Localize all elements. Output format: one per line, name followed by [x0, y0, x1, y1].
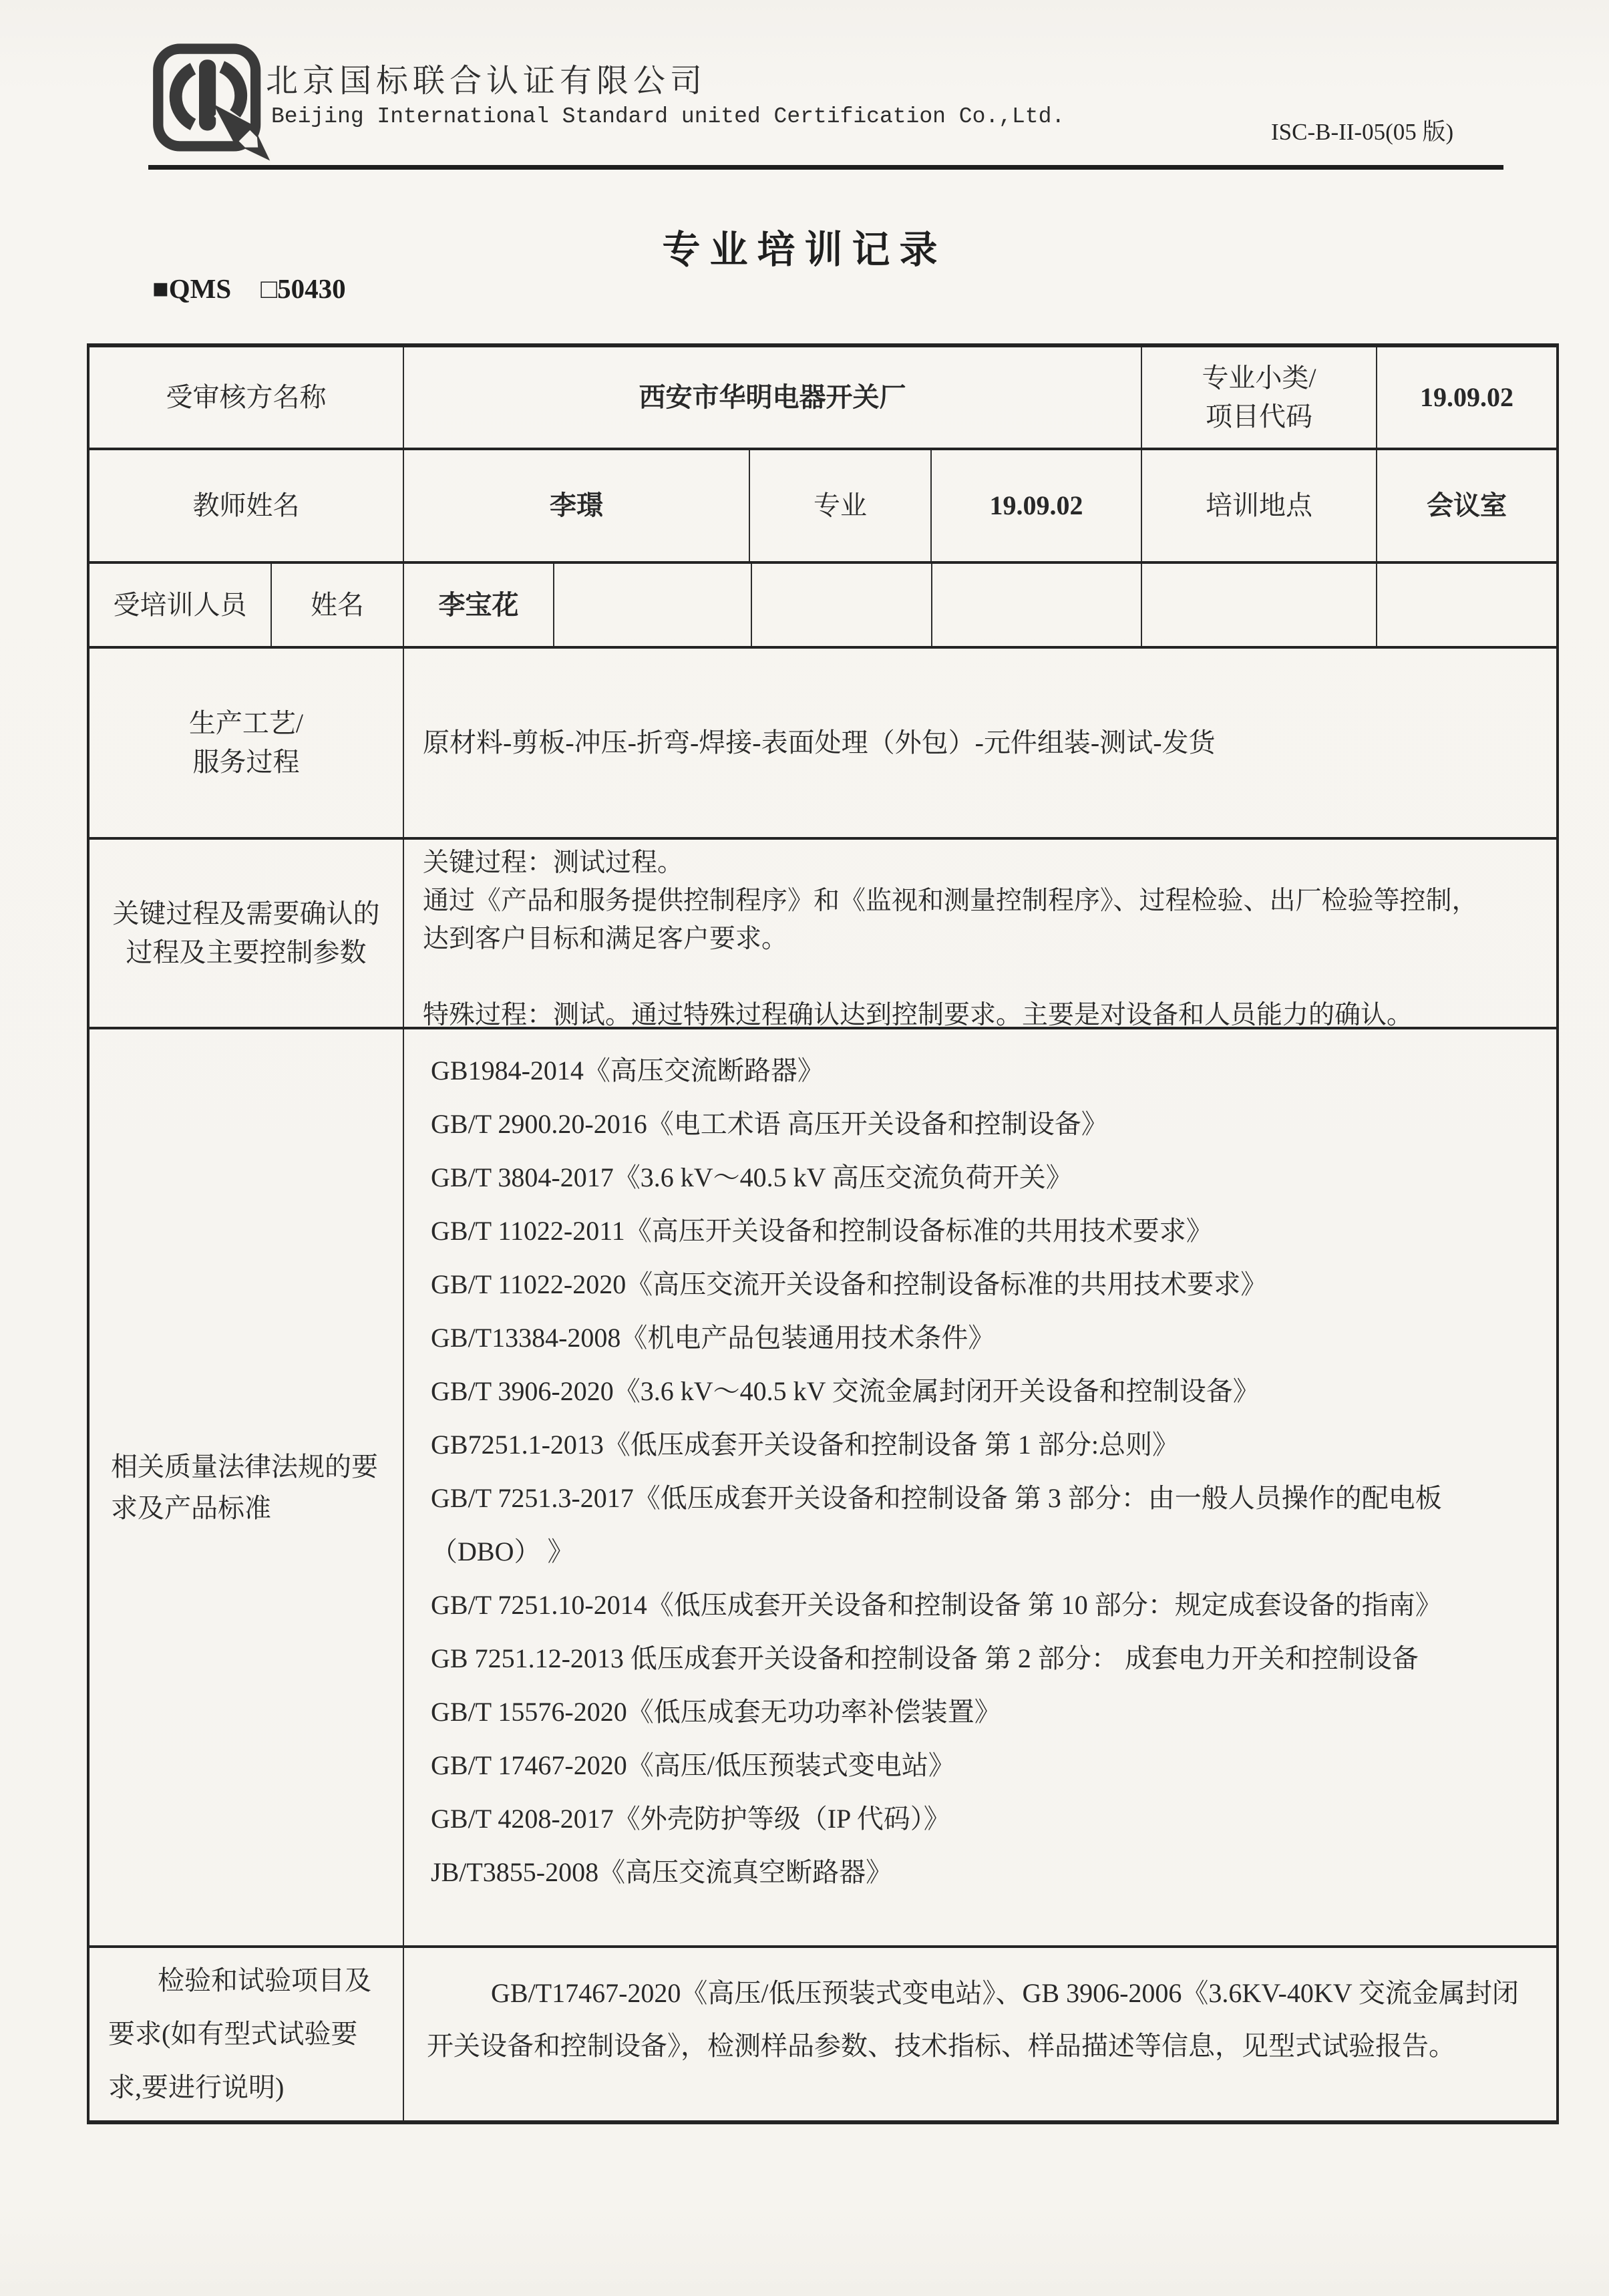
key-process-value: 关键过程：测试过程。 通过《产品和服务提供控制程序》和《监视和测量控制程序》、过… [403, 840, 1556, 1027]
auditee-label: 受审核方名称 [90, 347, 403, 448]
teacher-name: 李璟 [403, 450, 749, 561]
trainee-empty-cell [1141, 564, 1376, 646]
trainee-name-cell: 李宝花 [403, 564, 553, 646]
location-value: 会议室 [1376, 450, 1556, 561]
row-teacher: 教师姓名 李璟 专业 19.09.02 培训地点 会议室 [90, 448, 1556, 561]
location-label: 培训地点 [1141, 450, 1376, 561]
header-divider [148, 165, 1503, 170]
trainee-empty-cell [751, 564, 931, 646]
document-title: 专业培训记录 [0, 219, 1609, 274]
scanned-training-record-page: 北京国标联合认证有限公司 Beijing International Stand… [0, 0, 1609, 2296]
auditee-value: 西安市华明电器开关厂 [403, 347, 1141, 448]
row-inspection: 检验和试验项目及 要求(如有型式试验要 求,要进行说明) GB/T17467-2… [90, 1945, 1556, 2120]
row-key-process: 关键过程及需要确认的 过程及主要控制参数 关键过程：测试过程。 通过《产品和服务… [90, 837, 1556, 1027]
category-label: 专业小类/ 项目代码 [1141, 347, 1376, 448]
standards-list: GB1984-2014《高压交流断路器》 GB/T 2900.20-2016《电… [403, 1029, 1556, 1945]
trainee-empty-cell [931, 564, 1141, 646]
teacher-label: 教师姓名 [90, 450, 403, 561]
training-record-table: 受审核方名称 西安市华明电器开关厂 专业小类/ 项目代码 19.09.02 教师… [87, 343, 1559, 2124]
inspection-value-cell: GB/T17467-2020《高压/低压预装式变电站》、GB 3906-2006… [403, 1948, 1556, 2120]
major-value: 19.09.02 [930, 450, 1141, 561]
trainee-empty-cell [1376, 564, 1556, 646]
inspection-value: GB/T17467-2020《高压/低压预装式变电站》、GB 3906-2006… [404, 1967, 1556, 2072]
category-value: 19.09.02 [1376, 347, 1556, 448]
standards-label: 相关质量法律法规的要 求及产品标准 [90, 1029, 403, 1945]
trainees-label: 受培训人员 [90, 564, 271, 646]
trainees-name-label: 姓名 [271, 564, 403, 646]
code-50430-checkbox: □50430 [260, 273, 345, 304]
row-auditee: 受审核方名称 西安市华明电器开关厂 专业小类/ 项目代码 19.09.02 [90, 347, 1556, 448]
major-label: 专业 [749, 450, 930, 561]
company-logo-icon [151, 41, 271, 165]
inspection-label: 检验和试验项目及 要求(如有型式试验要 求,要进行说明) [90, 1948, 403, 2120]
company-name-en: Beijing International Standard united Ce… [271, 104, 1065, 129]
company-name-cn: 北京国标联合认证有限公司 [266, 55, 707, 101]
key-process-label: 关键过程及需要确认的 过程及主要控制参数 [90, 840, 403, 1027]
form-code: ISC-B-II-05(05 版) [1271, 114, 1453, 147]
row-process: 生产工艺/ 服务过程 原材料-剪板-冲压-折弯-焊接-表面处理（外包）-元件组装… [90, 646, 1556, 837]
row-standards: 相关质量法律法规的要 求及产品标准 GB1984-2014《高压交流断路器》 G… [90, 1027, 1556, 1945]
form-type-marks: ■QMS □50430 [152, 273, 369, 305]
process-label: 生产工艺/ 服务过程 [90, 649, 403, 837]
qms-checkbox: ■QMS [152, 273, 231, 304]
row-trainees: 受培训人员 姓名 李宝花 [90, 561, 1556, 646]
trainee-empty-cell [553, 564, 751, 646]
process-value: 原材料-剪板-冲压-折弯-焊接-表面处理（外包）-元件组装-测试-发货 [403, 649, 1556, 837]
